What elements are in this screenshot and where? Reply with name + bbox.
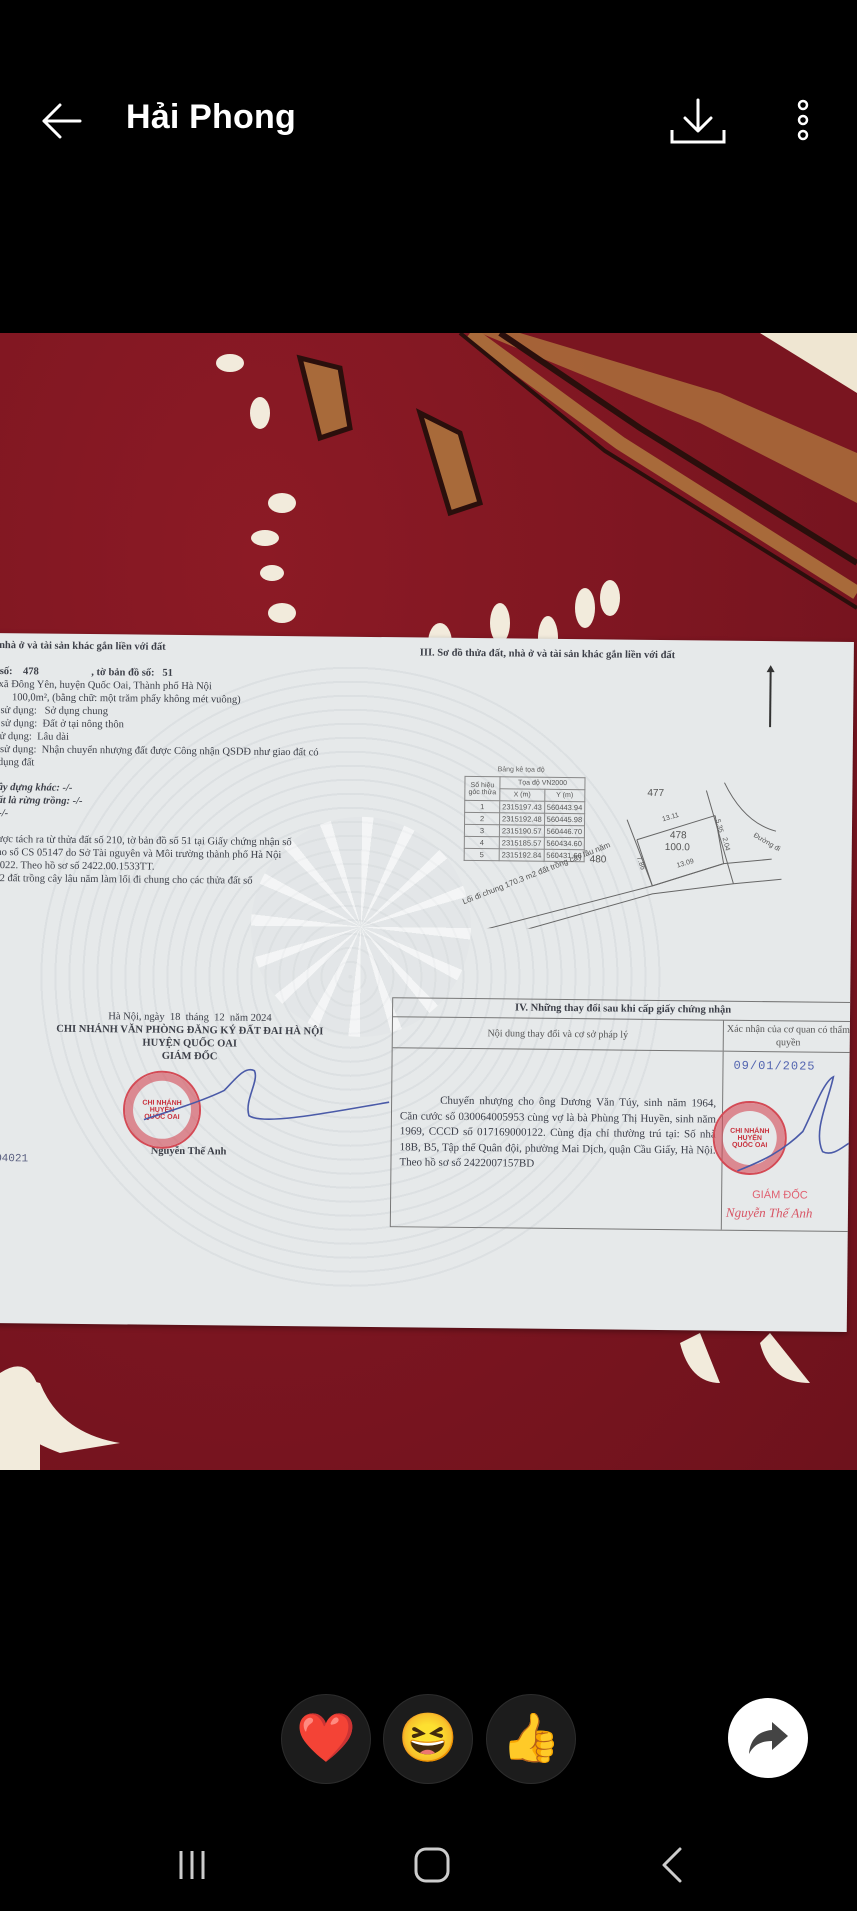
home-icon [412, 1845, 452, 1885]
home-button[interactable] [402, 1840, 462, 1890]
react-thumbs-up-button[interactable]: 👍 [486, 1694, 576, 1784]
system-nav-bar [0, 1820, 857, 1911]
change-description-text: Chuyển nhượng cho ông Dương Văn Túy, sin… [399, 1095, 716, 1170]
laugh-icon: 😆 [398, 1715, 458, 1763]
photo-viewer-image[interactable]: , nhà ở và tài sản khác gắn liền với đất… [0, 333, 857, 1470]
arrow-left-icon [38, 98, 84, 144]
parcel-outline [461, 758, 853, 932]
back-chevron-icon [652, 1845, 692, 1885]
confirm-signature-mark [732, 1071, 853, 1182]
recents-icon [172, 1845, 212, 1885]
reaction-bar: ❤️ 😆 👍 [0, 1694, 857, 1784]
nav-back-button[interactable] [642, 1840, 702, 1890]
parcel-area-label: 100.0 [665, 842, 690, 853]
land-certificate-document: , nhà ở và tài sản khác gắn liền với đất… [0, 633, 854, 1332]
download-icon [668, 96, 728, 146]
download-button[interactable] [668, 96, 728, 146]
react-heart-button[interactable]: ❤️ [281, 1694, 371, 1784]
share-icon [746, 1718, 790, 1758]
parcel-plot-diagram: 477 480 478 100.0 13.11 13.09 7.86 5.35 … [461, 758, 853, 932]
thumbs-up-icon: 👍 [501, 1715, 561, 1763]
serial-number: NO4021 [0, 1153, 28, 1165]
react-laugh-button[interactable]: 😆 [383, 1694, 473, 1784]
change-description: Chuyển nhượng cho ông Dương Văn Túy, sin… [399, 1093, 716, 1174]
signer-name: Nguyễn Thế Anh [9, 1143, 369, 1160]
conversation-title: Hải Phong [126, 98, 296, 137]
back-button[interactable] [38, 98, 84, 144]
more-vertical-icon [790, 96, 816, 146]
parcel-info-section: , nhà ở và tài sản khác gắn liền với đất… [0, 639, 384, 902]
col-confirm-header: Xác nhận của cơ quan có thẩm quyền [724, 1021, 853, 1053]
neighbor-north-label: 477 [647, 788, 664, 799]
top-app-bar: Hải Phong [0, 0, 857, 240]
confirm-name: Nguyễn Thế Anh [726, 1205, 813, 1222]
confirm-title: GIÁM ĐỐC [752, 1189, 808, 1202]
recents-button[interactable] [162, 1840, 222, 1890]
more-options-button[interactable] [790, 96, 816, 146]
north-arrow-icon [769, 671, 772, 727]
section-3-title: III. Sơ đồ thửa đất, nhà ở và tài sản kh… [420, 647, 675, 661]
parcel-id-label: 478 [670, 830, 687, 841]
changes-section: IV. Những thay đổi sau khi cấp giấy chứn… [390, 997, 854, 1232]
col-content-header: Nội dung thay đổi và cơ sở pháp lý [393, 1017, 723, 1051]
signature-mark [134, 1059, 395, 1137]
heart-icon: ❤️ [296, 1715, 356, 1763]
share-button[interactable] [728, 1698, 808, 1778]
